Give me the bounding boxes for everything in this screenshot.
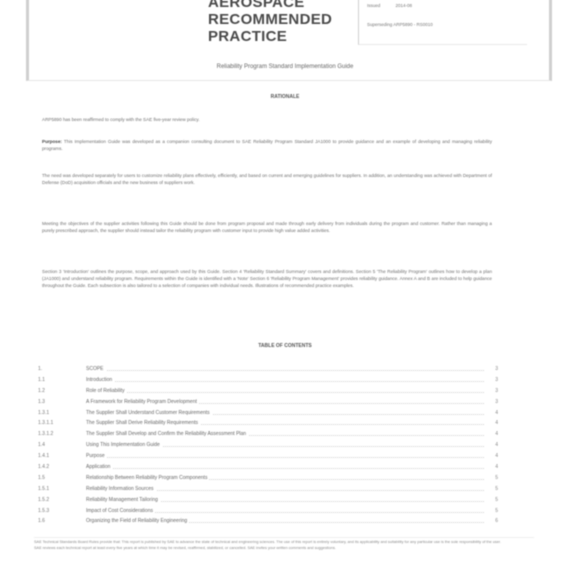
toc-leader-dots (88, 370, 484, 371)
issued-label: Issued (367, 3, 380, 8)
toc-entry-number: 1. (38, 366, 78, 372)
toc-entry-page: 4 (490, 442, 498, 448)
toc-entry-title: Role of Reliability (86, 388, 127, 394)
rationale-heading: RATIONALE (0, 94, 570, 100)
toc-entry[interactable]: 1.3.1The Supplier Shall Understand Custo… (38, 410, 498, 421)
toc-entry-number: 1.3.1 (38, 410, 78, 416)
toc-entry-number: 1.5.3 (38, 508, 78, 514)
toc-entry-number: 1.3.1.1 (38, 420, 78, 426)
toc-entry-page: 4 (490, 431, 498, 437)
body-paragraph: Section 3 'Introduction' outlines the pu… (42, 268, 492, 290)
toc-entry[interactable]: 1.2Role of Reliability3 (38, 388, 498, 399)
toc-entry[interactable]: 1.5.1Reliability Information Sources5 (38, 486, 498, 497)
toc-entry-page: 4 (490, 464, 498, 470)
toc-entry[interactable]: 1.1Introduction3 (38, 377, 498, 388)
toc-entry-number: 1.3 (38, 399, 78, 405)
toc-leader-dots (88, 381, 484, 382)
toc-entry-number: 1.5.1 (38, 486, 78, 492)
footer-line: SAE reviews each technical report at lea… (34, 546, 534, 552)
title-line: AEROSPACE (208, 0, 332, 11)
toc-entry-number: 1.5 (38, 475, 78, 481)
toc-entry-number: 1.4.1 (38, 453, 78, 459)
toc-entry-title: Reliability Management Tailoring (86, 497, 160, 503)
toc-entry[interactable]: 1.4.2Application4 (38, 464, 498, 475)
issued-value: 2014-08 (396, 3, 413, 8)
toc-entry-title: Using This Implementation Guide (86, 442, 162, 448)
toc-entry-title: Impact of Cost Considerations (86, 508, 155, 514)
body-paragraph: Meeting the objectives of the supplier a… (42, 220, 492, 234)
toc-entry[interactable]: 1.4.1Purpose4 (38, 453, 498, 464)
document-footer: SAE Technical Standards Board Rules prov… (34, 537, 534, 551)
toc-entry-number: 1.2 (38, 388, 78, 394)
toc-entry-number: 1.4 (38, 442, 78, 448)
purpose-paragraph: Purpose: This Implementation Guide was d… (42, 138, 492, 152)
toc-entry-page: 3 (490, 377, 498, 383)
toc-entry[interactable]: 1.6Organizing the Field of Reliability E… (38, 518, 498, 529)
toc-entry-page: 3 (490, 399, 498, 405)
rationale-text: ARP5890 has been reaffirmed to comply wi… (42, 116, 492, 123)
toc-entry-title: Purpose (86, 453, 107, 459)
toc-entry-number: 1.6 (38, 518, 78, 524)
toc-entry-page: 4 (490, 410, 498, 416)
toc-entry-page: 5 (490, 486, 498, 492)
toc-entry-page: 5 (490, 508, 498, 514)
toc-entry-page: 3 (490, 388, 498, 394)
footer-line: SAE Technical Standards Board Rules prov… (34, 540, 534, 546)
toc-entry-page: 4 (490, 420, 498, 426)
toc-leader-dots (88, 468, 484, 469)
toc-leader-dots (88, 392, 484, 393)
toc-entry[interactable]: 1.SCOPE3 (38, 366, 498, 377)
body-paragraph: The need was developed separately for us… (42, 172, 492, 186)
document-type-title: AEROSPACE RECOMMENDED PRACTICE (208, 0, 332, 45)
toc-entry-title: A Framework for Reliability Program Deve… (86, 399, 199, 405)
toc-entry[interactable]: 1.5.2Reliability Management Tailoring5 (38, 497, 498, 508)
document-subtitle: Reliability Program Standard Implementat… (0, 64, 570, 70)
purpose-text: This Implementation Guide was developed … (42, 139, 492, 151)
toc-entry-number: 1.5.2 (38, 497, 78, 503)
toc-entry-title: Application (86, 464, 112, 470)
table-of-contents: 1.SCOPE31.1Introduction31.2Role of Relia… (38, 366, 498, 529)
toc-entry-page: 3 (490, 366, 498, 372)
toc-entry-title: Relationship Between Reliability Program… (86, 475, 209, 481)
toc-entry-page: 5 (490, 475, 498, 481)
toc-entry[interactable]: 1.4Using This Implementation Guide4 (38, 442, 498, 453)
purpose-label: Purpose: (42, 139, 62, 144)
toc-entry-title: Organizing the Field of Reliability Engi… (86, 518, 189, 524)
toc-entry-number: 1.3.1.2 (38, 431, 78, 437)
toc-entry-title: Introduction (86, 377, 114, 383)
toc-entry-title: The Supplier Shall Derive Reliability Re… (86, 420, 200, 426)
toc-entry[interactable]: 1.5Relationship Between Reliability Prog… (38, 475, 498, 486)
toc-leader-dots (88, 457, 484, 458)
toc-entry-title: SCOPE (86, 366, 106, 372)
toc-entry-title: Reliability Information Sources (86, 486, 156, 492)
toc-entry[interactable]: 1.3.1.2The Supplier Shall Develop and Co… (38, 431, 498, 442)
reference-line: Superseding ARP5890 - RS0010 (367, 22, 433, 27)
toc-entry-title: The Supplier Shall Understand Customer R… (86, 410, 212, 416)
toc-entry-page: 6 (490, 518, 498, 524)
title-line: RECOMMENDED (208, 11, 332, 28)
toc-entry[interactable]: 1.5.3Impact of Cost Considerations5 (38, 508, 498, 519)
document-page: AEROSPACE RECOMMENDED PRACTICE Issued 20… (0, 0, 570, 570)
toc-entry[interactable]: 1.3A Framework for Reliability Program D… (38, 399, 498, 410)
toc-entry-number: 1.1 (38, 377, 78, 383)
toc-entry-title: The Supplier Shall Develop and Confirm t… (86, 431, 248, 437)
toc-entry-number: 1.4.2 (38, 464, 78, 470)
document-meta-box: Issued 2014-08 Superseding ARP5890 - RS0… (358, 0, 527, 45)
toc-entry-page: 5 (490, 497, 498, 503)
toc-entry[interactable]: 1.3.1.1The Supplier Shall Derive Reliabi… (38, 420, 498, 431)
toc-heading: TABLE OF CONTENTS (0, 343, 570, 349)
toc-entry-page: 4 (490, 453, 498, 459)
title-line: PRACTICE (208, 28, 332, 45)
